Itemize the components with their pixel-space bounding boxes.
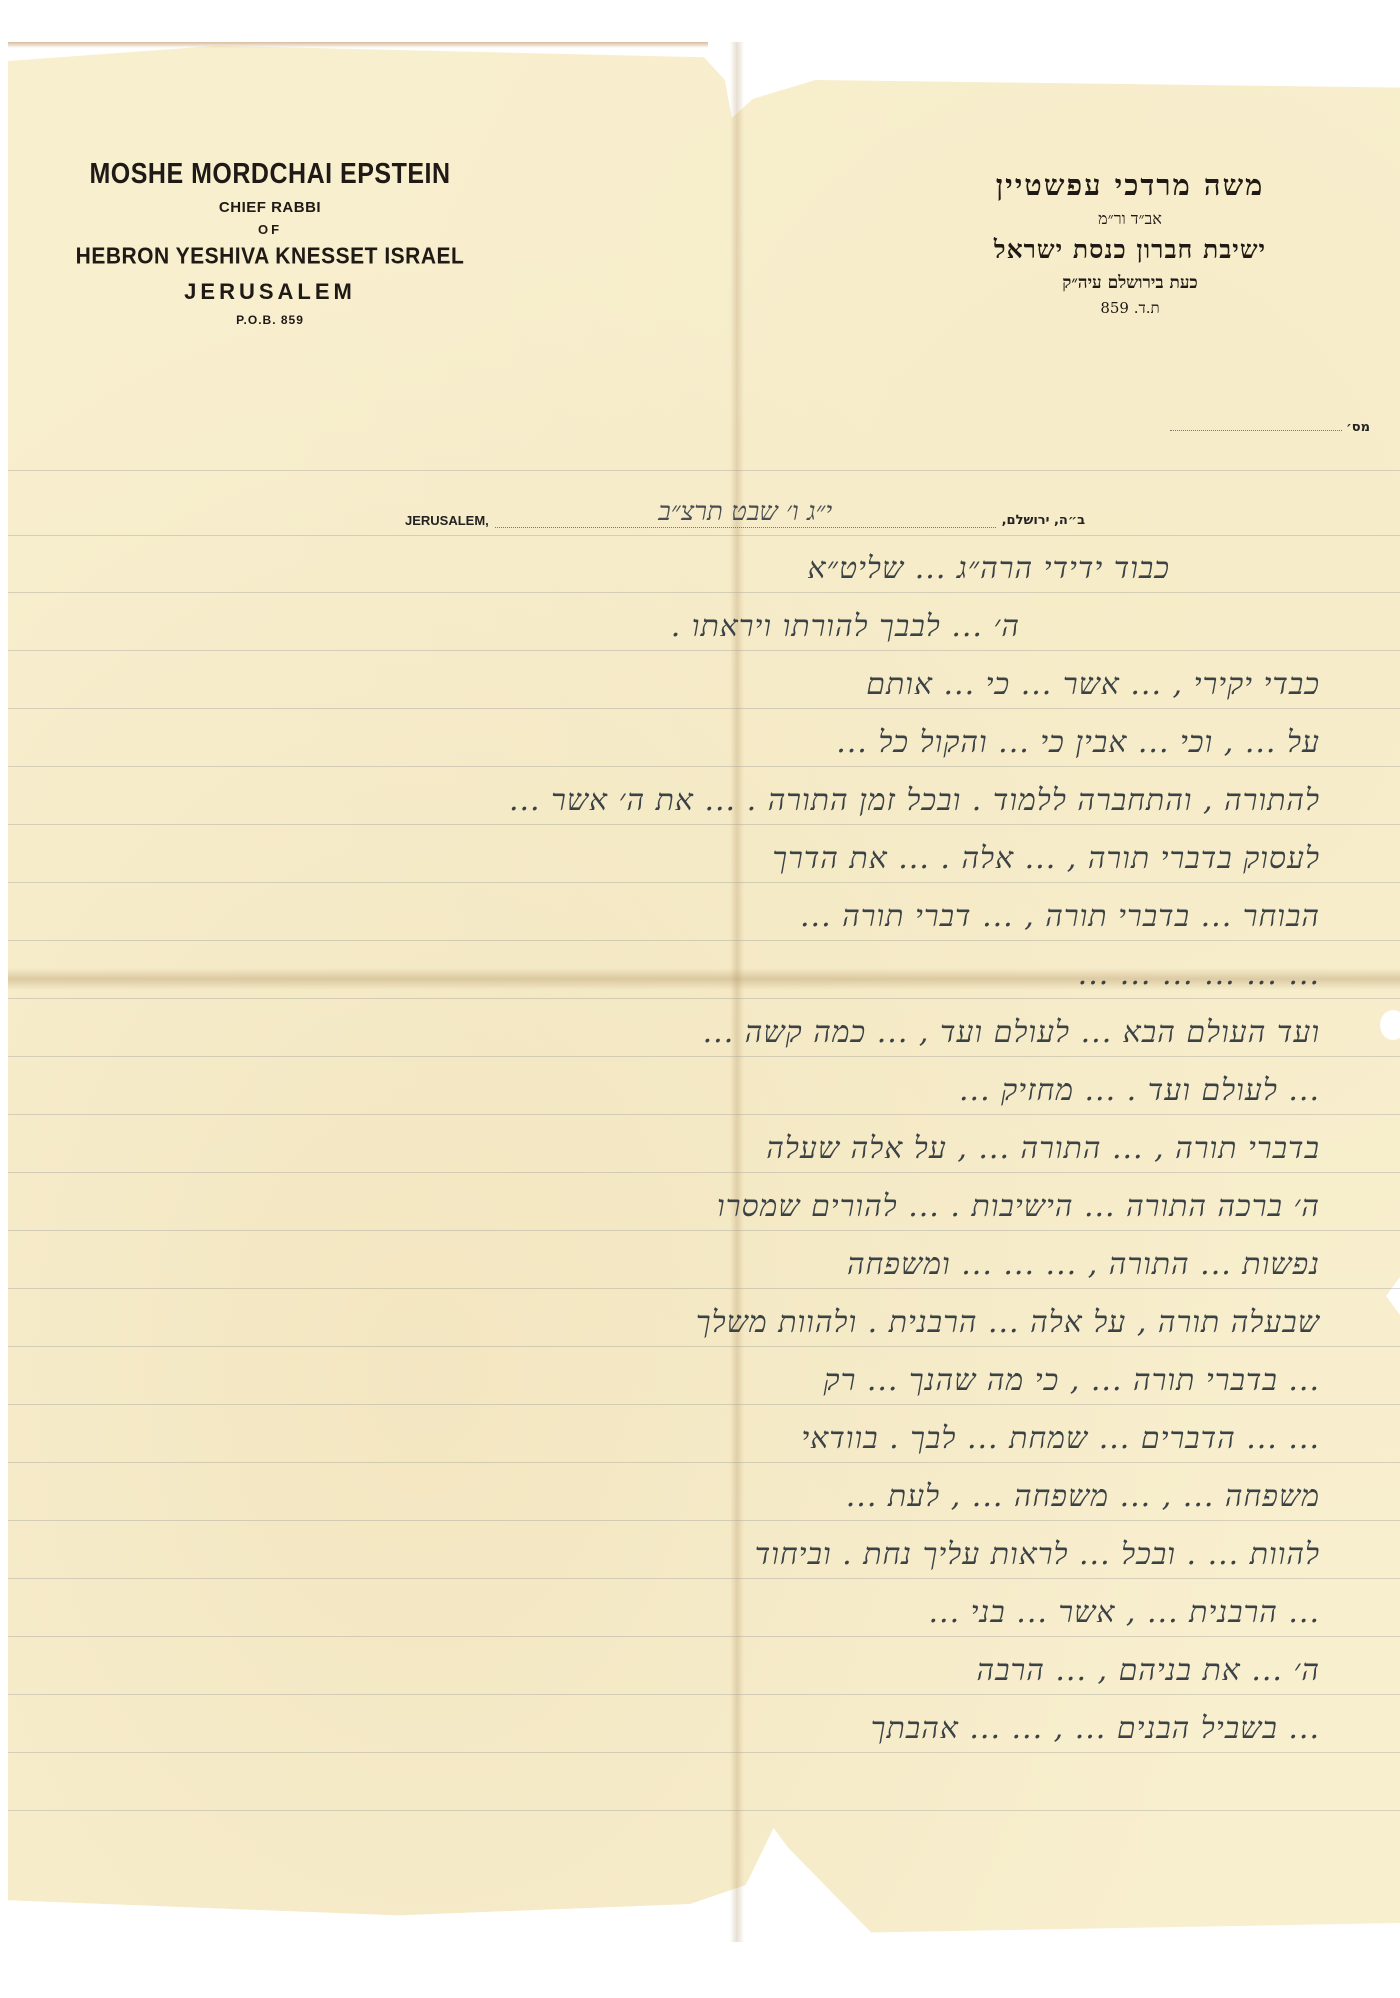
- reference-number-field: מס׳: [1170, 420, 1370, 435]
- ruled-line: [8, 470, 1400, 471]
- letter-body: כבוד ידידי הרה״ג ... שליט״א ה׳ ... לבבך …: [90, 540, 1320, 1758]
- letterhead-hebrew-title: אב״ד ור״מ: [920, 209, 1340, 229]
- body-line: ... ... הדברים ... שמחת ... לבך . בוודאי: [90, 1410, 1320, 1468]
- body-line: שבעלה תורה , על אלה ... הרבנית . ולהוות …: [90, 1294, 1320, 1352]
- letterhead-of: OF: [60, 222, 480, 237]
- letterhead-hebrew-name: משה מרדכי עפשטיין: [920, 168, 1340, 203]
- stained-top-edge: [8, 42, 708, 48]
- ruled-line: [8, 535, 1400, 536]
- ruled-line: [8, 1810, 1400, 1811]
- body-line: על ... , וכי ... אבין כי ... והקול כל ..…: [90, 714, 1320, 772]
- handwritten-date: י״ג ו׳ שבט תרצ״ב: [495, 497, 996, 528]
- body-line: בדברי תורה , ... התורה ... , על אלה שעלה: [90, 1120, 1320, 1178]
- dateline-hebrew-label: ב״ה, ירושלם,: [1002, 513, 1085, 528]
- reference-label: מס׳: [1346, 420, 1370, 435]
- body-line: ועד העולם הבא ... לעולם ועד , ... כמה קש…: [90, 1004, 1320, 1062]
- body-line: להוות ... . ובכל ... לראות עליך נחת . וב…: [90, 1526, 1320, 1584]
- dateline: JERUSALEM, י״ג ו׳ שבט תרצ״ב ב״ה, ירושלם,: [405, 498, 1085, 528]
- letterhead-english: MOSHE MORDCHAI EPSTEIN CHIEF RABBI OF HE…: [60, 160, 480, 327]
- letterhead-hebrew: משה מרדכי עפשטיין אב״ד ור״מ ישיבת חברון …: [920, 168, 1340, 318]
- body-line: משפחה ... , ... משפחה ... , לעת ...: [90, 1468, 1320, 1526]
- punch-hole-tear: [1380, 1010, 1400, 1040]
- letterhead-name: MOSHE MORDCHAI EPSTEIN: [60, 158, 480, 191]
- dateline-english-label: JERUSALEM,: [405, 513, 489, 528]
- letterhead-city: JERUSALEM: [60, 279, 480, 305]
- body-line: כבוד ידידי הרה״ג ... שליט״א: [90, 540, 1320, 598]
- letterhead-hebrew-city: כעת בירושלם עיה״ק: [920, 273, 1340, 293]
- letterhead-hebrew-pob: ת.ד. 859: [920, 299, 1340, 318]
- body-line: לעסוק בדברי תורה , ... אלה . ... את הדרך: [90, 830, 1320, 888]
- letterhead-hebrew-organization: ישיבת חברון כנסת ישראל: [920, 235, 1340, 265]
- body-line: ה׳ ... את בניהם , ... הרבה: [90, 1642, 1320, 1700]
- body-line: ... לעולם ועד . ... מחזיק ...: [90, 1062, 1320, 1120]
- letterhead-title: CHIEF RABBI: [60, 199, 480, 216]
- body-line: להתורה , והתחברה ללמוד . ובכל זמן התורה …: [90, 772, 1320, 830]
- body-line: כבדי יקירי , ... אשר ... כי ... אותם: [90, 656, 1320, 714]
- letterhead-pob: P.O.B. 859: [60, 313, 480, 327]
- body-line: נפשות ... התורה , ... ... ... ומשפחה: [90, 1236, 1320, 1294]
- letterhead-organization: HEBRON YESHIVA KNESSET ISRAEL: [60, 244, 480, 270]
- body-line: ... בשביל הבנים ... , ... ... אהבתך: [90, 1700, 1320, 1758]
- body-line: ... הרבנית ... , אשר ... בני ...: [90, 1584, 1320, 1642]
- body-line: ... בדברי תורה ... , כי מה שהנך ... רק: [90, 1352, 1320, 1410]
- body-line: הבוחר ... בדברי תורה , ... דברי תורה ...: [90, 888, 1320, 946]
- body-line: ה׳ ברכה התורה ... הישיבות . ... להורים ש…: [90, 1178, 1320, 1236]
- reference-dotted-line: [1170, 429, 1342, 431]
- body-line: ... ... ... ... ... ...: [90, 946, 1320, 1004]
- body-line: ה׳ ... לבבך להורתו ויראתו .: [90, 598, 1320, 656]
